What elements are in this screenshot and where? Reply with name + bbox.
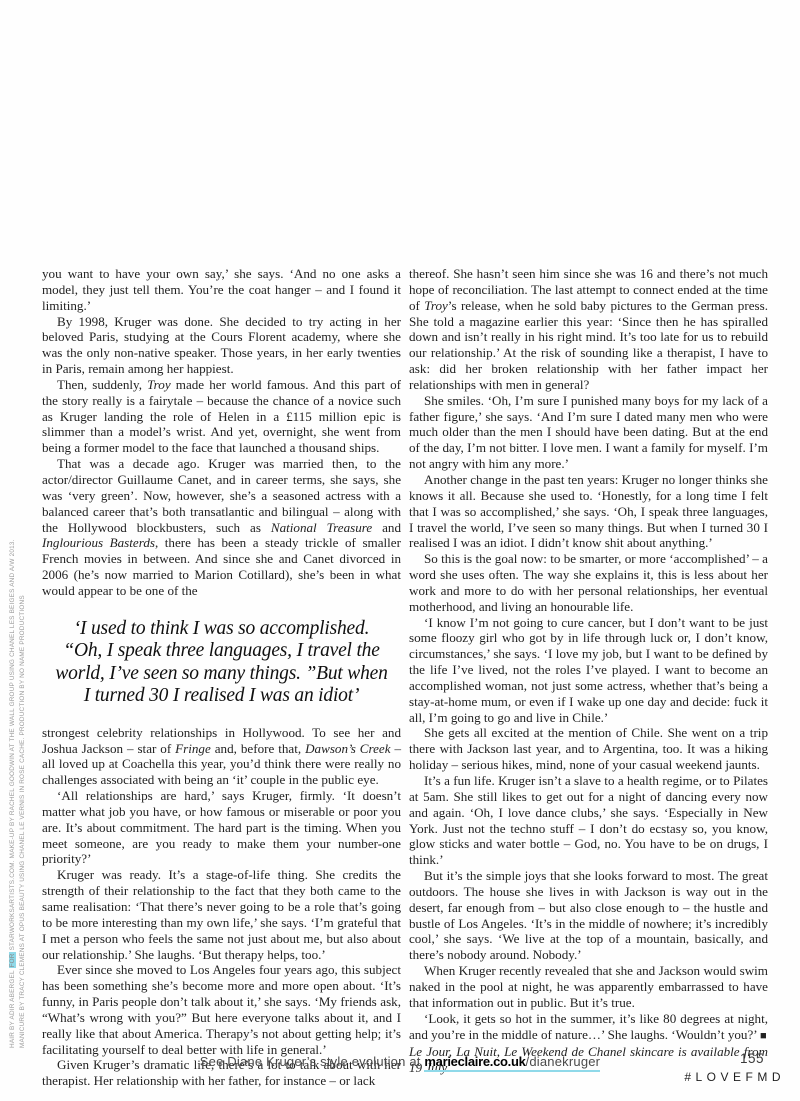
italic-title: Inglourious Basterds	[42, 535, 155, 550]
pull-quote-line: “Oh, I speak three languages, I travel t…	[42, 640, 401, 663]
paragraph-text: and	[372, 520, 401, 535]
paragraph-text: So this is the goal now: to be smarter, …	[409, 551, 768, 614]
paragraph-text: Ever since she moved to Los Angeles four…	[42, 962, 401, 1056]
article-paragraph: ‘I know I’m not going to cure cancer, bu…	[409, 615, 768, 726]
end-of-article-square: ■	[760, 1030, 767, 1042]
paragraph-text: She gets all excited at the mention of C…	[409, 725, 768, 772]
credit-highlight: FOR	[9, 952, 16, 968]
article-paragraph: By 1998, Kruger was done. She decided to…	[42, 314, 401, 377]
credit-line-2: MANICURE BY TRACY CLEMENS AT OPUS BEAUTY…	[18, 448, 28, 1048]
article-paragraph: you want to have your own say,’ she says…	[42, 266, 401, 314]
credit-line-1-post: STARWORKSARTISTS.COM. MAKE-UP BY RACHEL …	[9, 539, 16, 952]
paragraph-text: ‘All relationships are hard,’ says Kruge…	[42, 788, 401, 866]
article-paragraph: It’s a fun life. Kruger isn’t a slave to…	[409, 773, 768, 868]
article-paragraph: Ever since she moved to Los Angeles four…	[42, 962, 401, 1057]
paragraph-text: But it’s the simple joys that she looks …	[409, 868, 768, 962]
article-paragraph: She smiles. ‘Oh, I’m sure I punished man…	[409, 393, 768, 472]
watermark-lovefmd: #LOVEFMD	[684, 1070, 785, 1084]
paragraph-text: ‘Look, it gets so hot in the summer, it’…	[409, 1011, 768, 1042]
article-paragraph: thereof. She hasn’t seen him since she w…	[409, 266, 768, 393]
article-column-right: thereof. She hasn’t seen him since she w…	[409, 266, 768, 1076]
article-paragraph: Another change in the past ten years: Kr…	[409, 472, 768, 551]
article-paragraph: So this is the goal now: to be smarter, …	[409, 551, 768, 614]
paragraph-text: ’s release, when he sold baby pictures t…	[409, 298, 768, 392]
page-number: 155	[740, 1051, 764, 1066]
pull-quote: ‘I used to think I was so accomplished.“…	[42, 618, 401, 708]
left-column-bottom: strongest celebrity relationships in Hol…	[42, 725, 401, 1089]
paragraph-text: Another change in the past ten years: Kr…	[409, 472, 768, 550]
paragraph-text: It’s a fun life. Kruger isn’t a slave to…	[409, 773, 768, 867]
paragraph-text: Then, suddenly,	[57, 377, 147, 392]
paragraph-text: ‘I know I’m not going to cure cancer, bu…	[409, 615, 768, 725]
paragraph-text: and, before that,	[211, 741, 305, 756]
italic-title: Troy	[147, 377, 171, 392]
article-paragraph: But it’s the simple joys that she looks …	[409, 868, 768, 963]
credit-line-1-pre: HAIR BY ADIR ABERGEL	[9, 969, 16, 1049]
marieclaire-link-domain: marieclaire.co.uk	[424, 1054, 525, 1069]
italic-title: National Treasure	[271, 520, 372, 535]
article-column-left: you want to have your own say,’ she says…	[42, 266, 401, 1089]
paragraph-text: Kruger was ready. It’s a stage-of-life t…	[42, 867, 401, 961]
article-paragraph: ‘All relationships are hard,’ says Kruge…	[42, 788, 401, 867]
pull-quote-line: ‘I used to think I was so accomplished.	[42, 618, 401, 641]
italic-title: Troy	[424, 298, 448, 313]
paragraph-text: By 1998, Kruger was done. She decided to…	[42, 314, 401, 377]
marieclaire-link-path: /dianekruger	[526, 1054, 601, 1069]
italic-title: Dawson’s Creek	[305, 741, 390, 756]
article-paragraph: strongest celebrity relationships in Hol…	[42, 725, 401, 788]
article-paragraph: Kruger was ready. It’s a stage-of-life t…	[42, 867, 401, 962]
footer-strapline-text: See Diane Kruger’s style evolution at	[200, 1054, 425, 1069]
marieclaire-link[interactable]: marieclaire.co.uk/dianekruger	[424, 1054, 600, 1072]
article-paragraph: Then, suddenly, Troy made her world famo…	[42, 377, 401, 456]
photo-credits-text: HAIR BY ADIR ABERGEL FOR STARWORKSARTIST…	[8, 448, 27, 1048]
article-paragraph: When Kruger recently revealed that she a…	[409, 963, 768, 1011]
article-paragraph: ‘Look, it gets so hot in the summer, it’…	[409, 1011, 768, 1045]
credit-line-1: HAIR BY ADIR ABERGEL FOR STARWORKSARTIST…	[8, 448, 18, 1048]
left-column-top: you want to have your own say,’ she says…	[42, 266, 401, 599]
paragraph-text: She smiles. ‘Oh, I’m sure I punished man…	[409, 393, 768, 471]
pull-quote-line: world, I’ve seen so many things. ”But wh…	[42, 663, 401, 686]
paragraph-text: you want to have your own say,’ she says…	[42, 266, 401, 313]
pull-quote-line: I turned 30 I realised I was an idiot’	[42, 685, 401, 708]
paragraph-text: When Kruger recently revealed that she a…	[409, 963, 768, 1010]
italic-title: Fringe	[175, 741, 211, 756]
magazine-page: HAIR BY ADIR ABERGEL FOR STARWORKSARTIST…	[0, 0, 800, 1101]
footer-strapline: See Diane Kruger’s style evolution at ma…	[0, 1054, 800, 1069]
article-paragraph: That was a decade ago. Kruger was marrie…	[42, 456, 401, 599]
article-paragraph: She gets all excited at the mention of C…	[409, 725, 768, 773]
